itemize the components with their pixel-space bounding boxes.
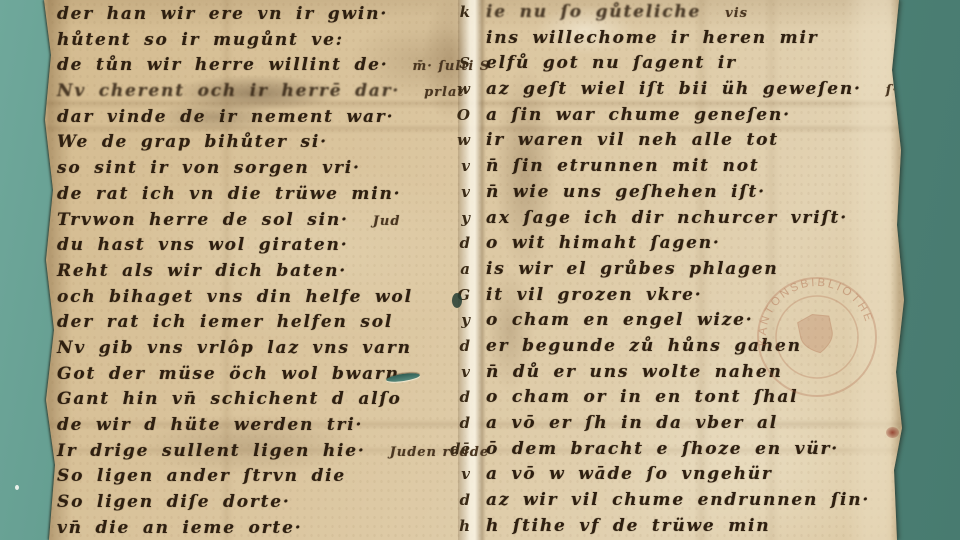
line-text: n̄ ſin etrunnen mit not (486, 156, 760, 176)
line-text: So ligen diſe dorte· (57, 492, 291, 512)
manuscript-line: ie nu ſo gůtelichevis (486, 0, 886, 26)
gutter-letter: v (432, 462, 470, 488)
line-text: Reht als wir dich baten· (57, 261, 347, 281)
manuscript-line: der han wir ere vn ir gwin· (57, 2, 457, 28)
line-text: is wir el grůbes phlagen (486, 259, 778, 279)
manuscript-line: och bihaget vns din helfe wol (57, 285, 457, 311)
manuscript-line: Nv gib vns vrlôp laz vns varn (57, 336, 457, 362)
manuscript-line: so sint ir von sorgen vri· (57, 156, 457, 182)
line-text: n̄ dů er uns wolte nahen (486, 362, 783, 382)
manuscript-line: dar vinde de ir nement war· (57, 105, 457, 131)
line-text: vn̄ die an ieme orte· (57, 518, 302, 538)
parchment-wrap: der han wir ere vn ir gwin·hůtent so ir … (0, 0, 960, 540)
manuscript-line: o wit himaht ſagen· (486, 231, 886, 257)
gutter-letters-column: kSwOwvvydaGydvdddēvdh (432, 0, 476, 539)
line-text: de tůn wir herre willint de· (57, 55, 389, 75)
manuscript-line: der rat ich iemer helfen sol (57, 310, 457, 336)
gutter-letter: k (432, 0, 470, 26)
gutter-letter: w (432, 77, 470, 103)
line-text: We de grap bihůter si· (57, 132, 328, 152)
gutter-letter (432, 26, 470, 52)
line-text: o cham or in en tont ſhal (486, 387, 798, 407)
manuscript-line: n̄ wie uns geſhehen iſt· (486, 180, 886, 206)
line-text: so sint ir von sorgen vri· (57, 158, 361, 178)
manuscript-line: a ſin war chume geneſen· (486, 103, 886, 129)
line-text: So ligen ander ſtrvn die (57, 466, 346, 486)
line-text: a vō w wāde ſo vngehür (486, 464, 773, 484)
photograph-background: der han wir ere vn ir gwin·hůtent so ir … (0, 0, 960, 540)
gutter-letter: v (432, 360, 470, 386)
line-text: och bihaget vns din helfe wol (57, 287, 413, 307)
line-text: dar vinde de ir nement war· (57, 107, 394, 127)
gutter-letter: d (432, 411, 470, 437)
margin-note: ſ· dē (862, 83, 923, 98)
line-text: n̄ wie uns geſhehen iſt· (486, 182, 766, 202)
manuscript-line: Reht als wir dich baten· (57, 259, 457, 285)
manuscript-line: Ir drige sullent ligen hie·Juden redde (57, 439, 457, 465)
gutter-letter: y (432, 308, 470, 334)
library-stamp-icon: KANTONSBIBLIOTHEK (740, 260, 894, 414)
manuscript-line: We de grap bihůter si· (57, 130, 457, 156)
line-text: Trvwon herre de sol sin· (57, 210, 349, 230)
gutter-letter: w (432, 128, 470, 154)
line-text: az geſt wiel iſt bii üh geweſen· (486, 79, 862, 99)
manuscript-line: ins willechome ir heren mir (486, 26, 886, 52)
line-text: elfů got nu ſagent ir (486, 53, 737, 73)
manuscript-line: a vō er ſh in da vber al (486, 411, 886, 437)
gutter-letter: y (432, 206, 470, 232)
manuscript-line: Trvwon herre de sol sin·Jud (57, 208, 457, 234)
manuscript-line: az wir vil chume endrunnen ſin· (486, 488, 886, 514)
stamp-shield-icon (797, 311, 836, 356)
line-text: Gant hin vn̄ schichent d alſo (57, 389, 402, 409)
manuscript-line: Nv cherent och ir herrē dar·prlat (57, 79, 457, 105)
manuscript-left-column: der han wir ere vn ir gwin·hůtent so ir … (57, 2, 457, 540)
line-text: Nv gib vns vrlôp laz vns varn (57, 338, 412, 358)
red-edge-mark (886, 427, 899, 438)
gutter-letter: a (432, 257, 470, 283)
parchment-fragment: der han wir ere vn ir gwin·hůtent so ir … (0, 0, 960, 540)
manuscript-line: de rat ich vn die trüwe min· (57, 182, 457, 208)
line-text: a vō er ſh in da vber al (486, 413, 778, 433)
line-text: Ir drige sullent ligen hie· (57, 441, 366, 461)
manuscript-line: ō dem bracht e ſhoze en vür· (486, 437, 886, 463)
manuscript-line: elfů got nu ſagent ir (486, 51, 886, 77)
manuscript-line: So ligen diſe dorte· (57, 490, 457, 516)
line-text: de wir d hüte werden tri· (57, 415, 363, 435)
gutter-letter: v (432, 154, 470, 180)
manuscript-line: du hast vns wol giraten· (57, 233, 457, 259)
ink-hole-spot (452, 293, 462, 308)
manuscript-line: ir waren vil neh alle tot (486, 128, 886, 154)
line-text: h ſtihe vf de trüwe min (486, 516, 770, 536)
manuscript-line: az geſt wiel iſt bii üh geweſen·ſ· dē (486, 77, 886, 103)
line-text: ins willechome ir heren mir (486, 28, 818, 48)
margin-note: Jud (349, 214, 401, 229)
manuscript-line: vn̄ die an ieme orte· (57, 516, 457, 540)
gutter-letter: d (432, 488, 470, 514)
gutter-letter: v (432, 180, 470, 206)
manuscript-line: hůtent so ir mugůnt ve: (57, 28, 457, 54)
gutter-letter: S (432, 51, 470, 77)
line-text: az wir vil chume endrunnen ſin· (486, 490, 870, 510)
manuscript-line: h ſtihe vf de trüwe min (486, 514, 886, 540)
line-text: ir waren vil neh alle tot (486, 130, 779, 150)
line-text: Got der müse öch wol bwarn (57, 364, 400, 384)
gutter-letter: dē (432, 437, 470, 463)
line-text: ō dem bracht e ſhoze en vür· (486, 439, 839, 459)
margin-note: vis (701, 6, 748, 21)
line-text: it vil grozen vkre· (486, 285, 702, 305)
line-text: ie nu ſo gůteliche (486, 2, 701, 22)
line-text: Nv cherent och ir herrē dar· (57, 81, 400, 101)
line-text: du hast vns wol giraten· (57, 235, 348, 255)
dust-speck (15, 485, 19, 490)
line-text: o cham en engel wize· (486, 310, 754, 330)
manuscript-line: So ligen ander ſtrvn die (57, 464, 457, 490)
manuscript-line: ax ſage ich dir nchurcer vriſt· (486, 206, 886, 232)
line-text: hůtent so ir mugůnt ve: (57, 30, 344, 50)
manuscript-line: a vō w wāde ſo vngehür (486, 462, 886, 488)
line-text: ax ſage ich dir nchurcer vriſt· (486, 208, 848, 228)
line-text: der rat ich iemer helfen sol (57, 312, 393, 332)
manuscript-line: Gant hin vn̄ schichent d alſo (57, 387, 457, 413)
gutter-letter: d (432, 334, 470, 360)
manuscript-line: de tůn wir herre willint de·m̄· ſulti S (57, 53, 457, 79)
manuscript-line: n̄ ſin etrunnen mit not (486, 154, 886, 180)
gutter-letter: d (432, 231, 470, 257)
gutter-letter: h (432, 514, 470, 540)
line-text: o wit himaht ſagen· (486, 233, 721, 253)
gutter-letter: d (432, 385, 470, 411)
gutter-letter: O (432, 103, 470, 129)
manuscript-line: de wir d hüte werden tri· (57, 413, 457, 439)
line-text: a ſin war chume geneſen· (486, 105, 791, 125)
gutter-letter: G (432, 283, 470, 309)
line-text: der han wir ere vn ir gwin· (57, 4, 388, 24)
line-text: de rat ich vn die trüwe min· (57, 184, 401, 204)
